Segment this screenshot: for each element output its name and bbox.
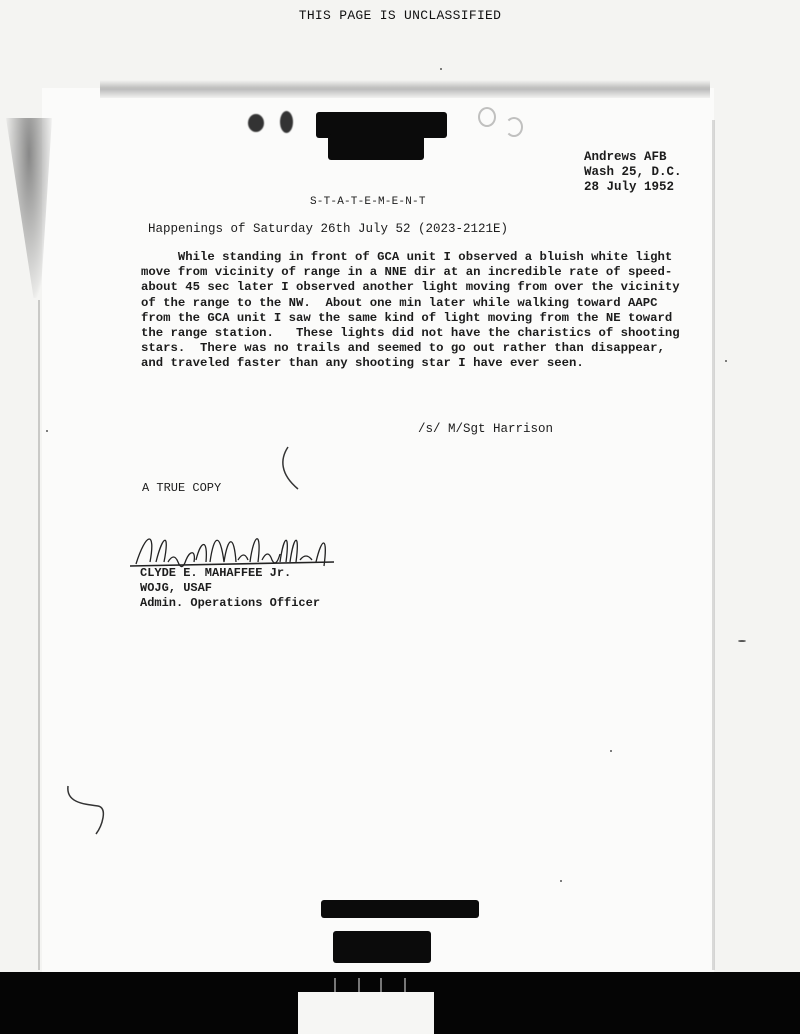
circle-mark-icon — [478, 107, 496, 127]
address-date: 28 July 1952 — [584, 180, 674, 194]
page-right-edge — [712, 120, 715, 970]
scan-shadow-top — [100, 80, 710, 98]
signed-by: /s/ M/Sgt Harrison — [418, 422, 553, 436]
statement-line: stars. There was no trails and seemed to… — [141, 341, 680, 356]
statement-body: While standing in front of GCA unit I ob… — [141, 250, 680, 372]
film-tick — [404, 978, 406, 992]
dust-speck — [738, 640, 746, 642]
stray-mark-icon — [62, 782, 112, 842]
address-line2: Wash 25, D.C. — [584, 165, 682, 179]
statement-line: of the range to the NW. About one min la… — [141, 296, 680, 311]
statement-line: While standing in front of GCA unit I ob… — [141, 250, 680, 265]
dust-speck — [46, 430, 48, 432]
handwritten-signature — [128, 522, 338, 572]
redaction-block-bottom-lower — [333, 931, 431, 963]
address-block: Andrews AFB Wash 25, D.C. 28 July 1952 — [584, 150, 682, 195]
film-tick — [334, 978, 336, 992]
page-left-edge — [38, 300, 40, 970]
signatory-block: CLYDE E. MAHAFFEE Jr. WOJG, USAF Admin. … — [140, 566, 320, 611]
document-subtitle: Happenings of Saturday 26th July 52 (202… — [148, 222, 508, 236]
statement-line: the range station. These lights did not … — [141, 326, 680, 341]
address-line1: Andrews AFB — [584, 150, 667, 164]
film-tick — [380, 978, 382, 992]
circle-mark-icon — [505, 117, 523, 137]
punch-hole-icon — [280, 111, 293, 133]
film-frame-window — [298, 992, 434, 1034]
signatory-title: Admin. Operations Officer — [140, 596, 320, 610]
statement-line: move from vicinity of range in a NNE dir… — [141, 265, 680, 280]
punch-hole-icon — [248, 114, 264, 132]
dust-speck — [725, 360, 727, 362]
statement-line: from the GCA unit I saw the same kind of… — [141, 311, 680, 326]
true-copy-label: A TRUE COPY — [142, 481, 221, 495]
dust-speck — [560, 880, 562, 882]
signatory-rank: WOJG, USAF — [140, 581, 212, 595]
dust-speck — [610, 750, 612, 752]
statement-line: about 45 sec later I observed another li… — [141, 280, 680, 295]
document-title: S-T-A-T-E-M-E-N-T — [310, 196, 426, 208]
classification-header: THIS PAGE IS UNCLASSIFIED — [0, 8, 800, 23]
redaction-block-top-lower — [328, 134, 424, 160]
dust-speck — [440, 68, 442, 70]
redaction-block-bottom — [321, 900, 479, 918]
signatory-name: CLYDE E. MAHAFFEE Jr. — [140, 566, 291, 580]
statement-line: and traveled faster than any shooting st… — [141, 356, 680, 371]
film-tick — [358, 978, 360, 992]
stray-mark-icon — [278, 444, 304, 494]
